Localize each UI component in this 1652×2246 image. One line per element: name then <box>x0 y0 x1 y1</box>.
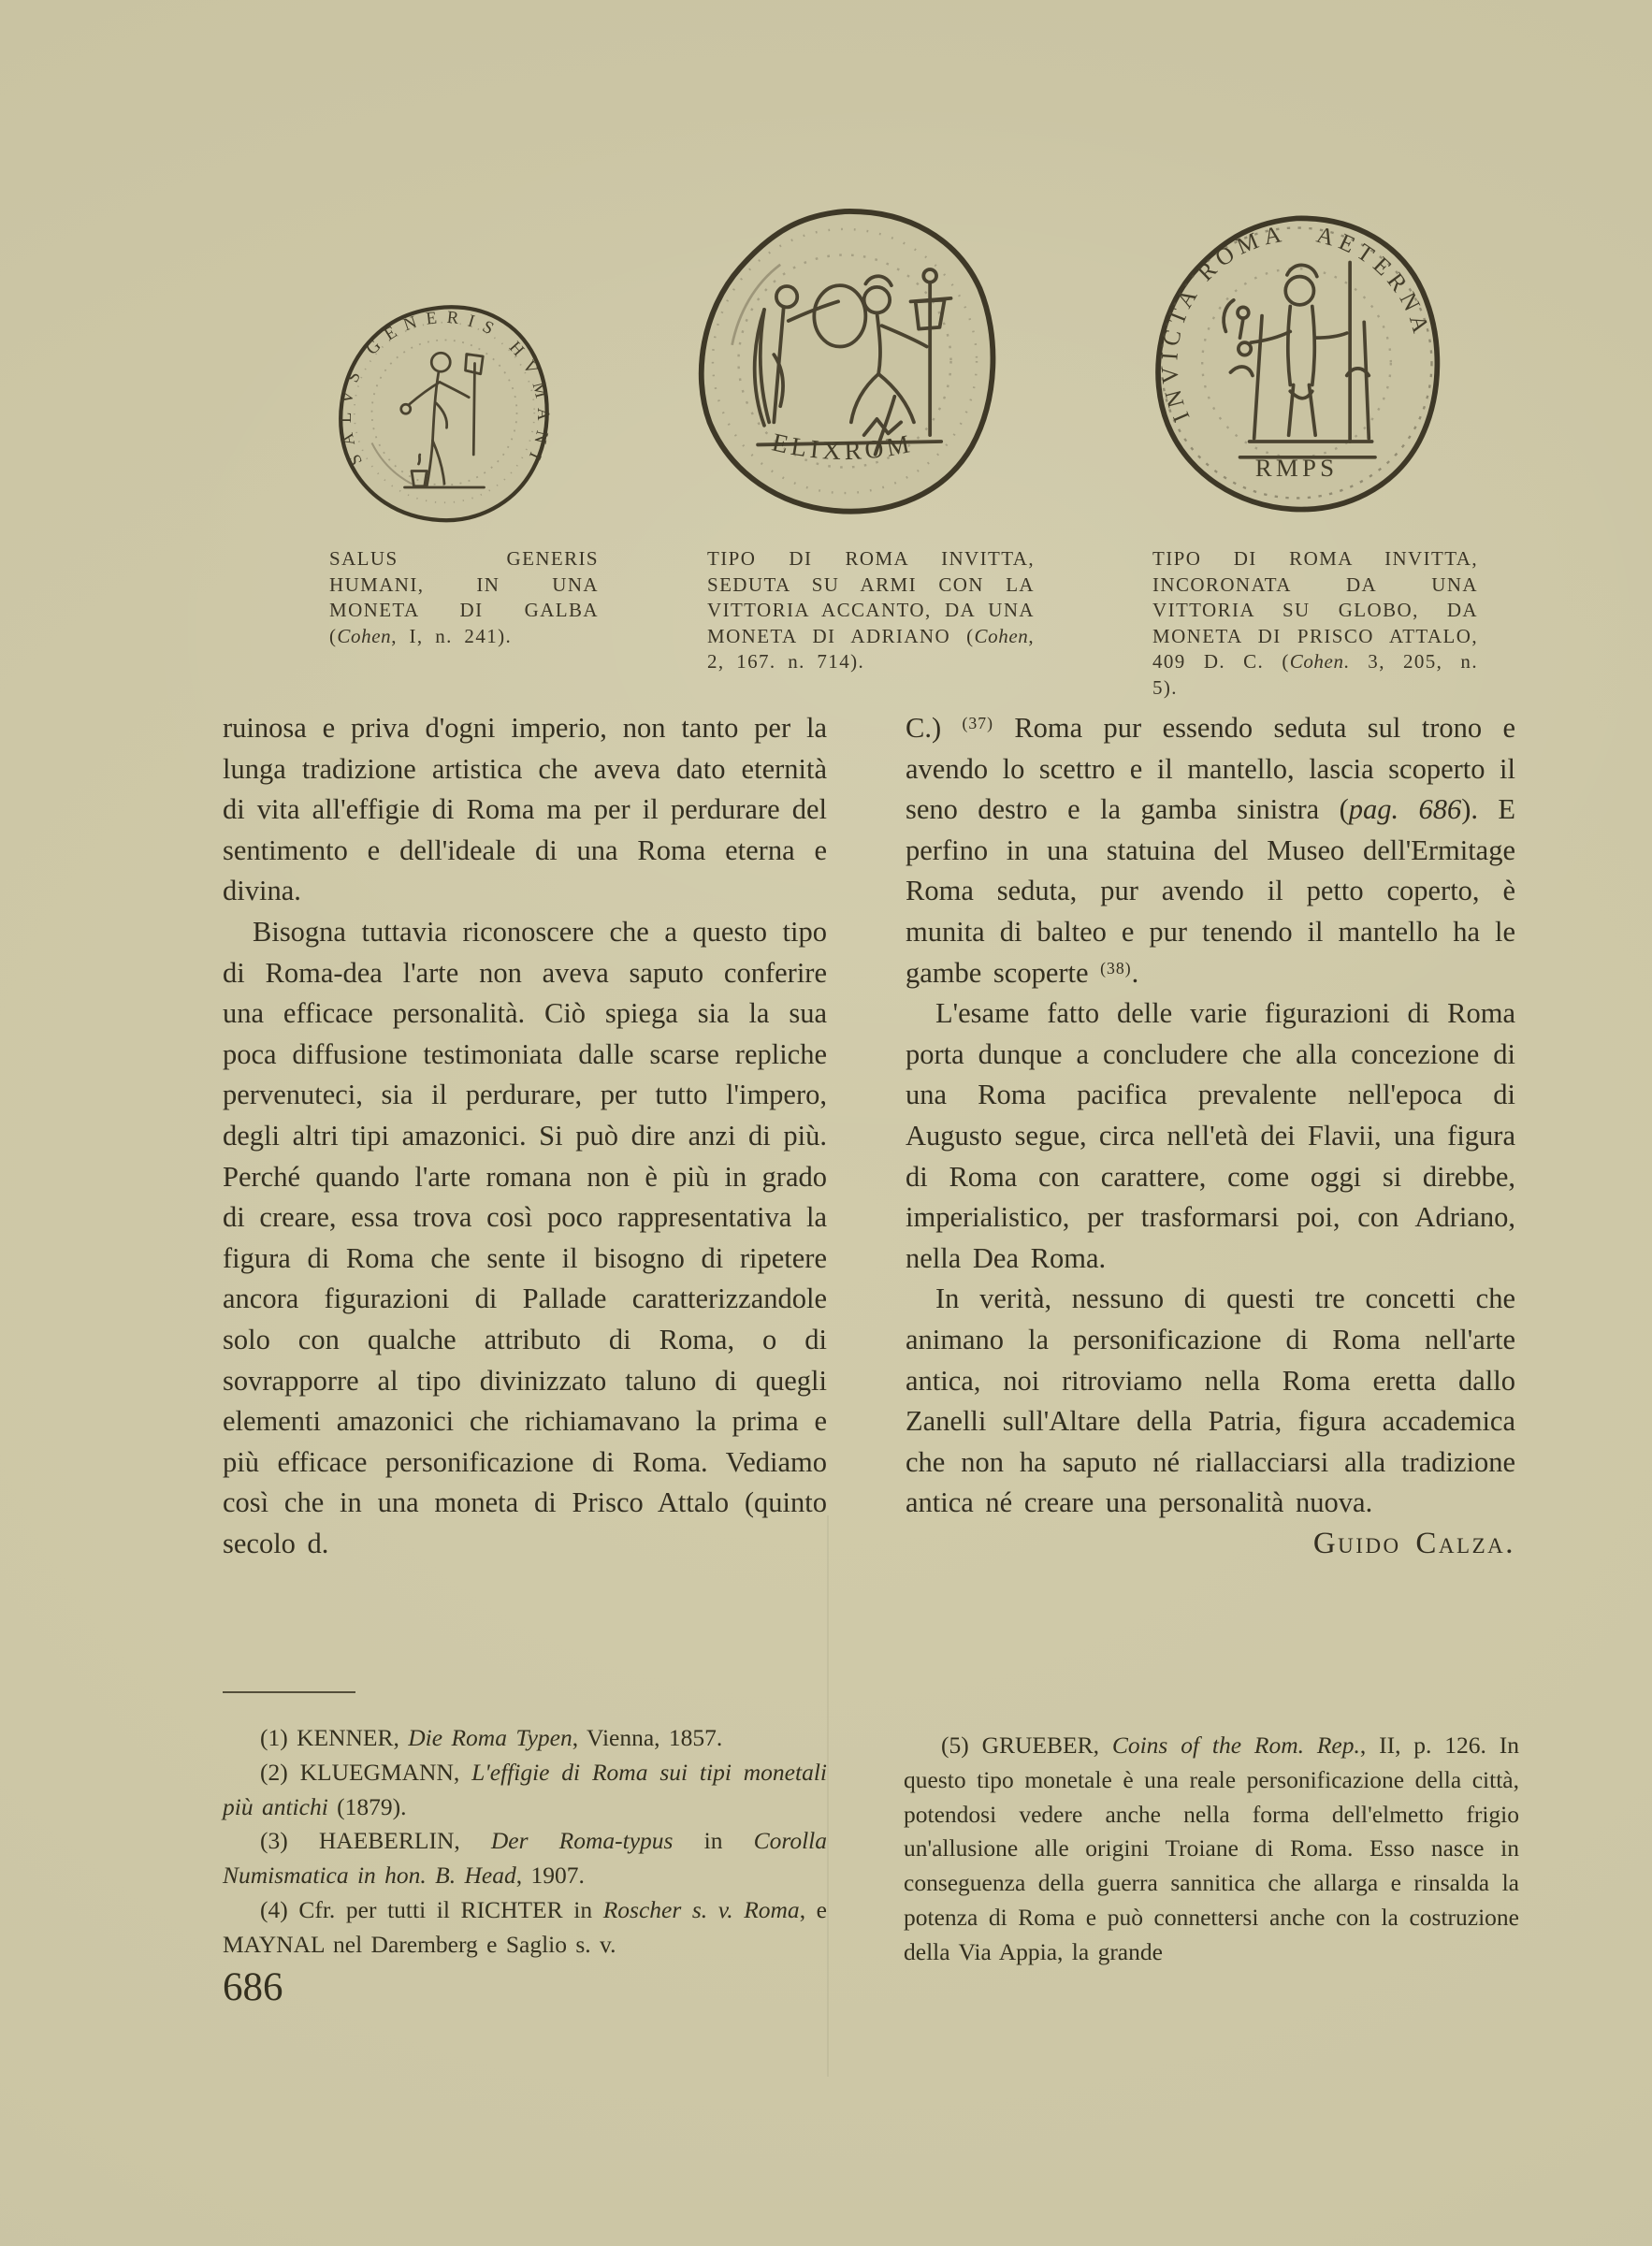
body-column-right: C.) (37) Roma pur essendo seduta sul tro… <box>906 708 1515 1564</box>
fn3-post: , 1907. <box>516 1862 585 1889</box>
fn5-pre: (5) GRUEBER, <box>941 1732 1112 1759</box>
journal-page: SALVS GENERIS HVMANI <box>0 0 1652 2246</box>
footnote-ref-37: (37) <box>963 714 993 732</box>
coin-engraving-attalo: INVICTA ROMA AETERNA RMPS <box>1139 206 1454 520</box>
page-reference-italic: pag. 686 <box>1349 793 1462 825</box>
figure-caption-3: TIPO DI ROMA INVITTA, INCORONATA DA UNA … <box>1152 546 1478 702</box>
footnotes-right: (5) GRUEBER, Coins of the Rom. Rep., II,… <box>904 1729 1519 1970</box>
caption-2-cohen-ref: Cohen <box>975 625 1029 647</box>
paragraph-continuation: ruinosa e priva d'ogni imperio, non tant… <box>223 708 827 912</box>
footnote-4: (4) Cfr. per tutti il RICHTER in Roscher… <box>223 1893 827 1963</box>
footnote-1: (1) KENNER, Die Roma Typen, Vienna, 1857… <box>223 1721 827 1756</box>
coin-attalo-exergue: RMPS <box>1255 454 1339 482</box>
paragraph-roma-trono: C.) (37) Roma pur essendo seduta sul tro… <box>906 708 1515 993</box>
caption-1-cohen-ref: Cohen <box>337 625 391 647</box>
footnote-separator-rule <box>223 1691 355 1693</box>
fn4-title: Roscher s. v. Roma <box>603 1896 800 1923</box>
fn5-title: Coins of the Rom. Rep. <box>1112 1732 1360 1759</box>
fn4-pre: (4) Cfr. per tutti il RICHTER in <box>260 1896 603 1923</box>
fn1-pre: (1) KENNER, <box>260 1724 408 1751</box>
coin-engraving-adriano: FELIXROMA <box>684 200 1006 522</box>
page-number: 686 <box>223 1964 283 2010</box>
coin-engraving-galba: SALVS GENERIS HVMANI <box>327 296 561 529</box>
footnote-2: (2) KLUEGMANN, L'effigie di Roma sui tip… <box>223 1756 827 1825</box>
fn3-mid: in <box>673 1827 753 1854</box>
body-column-left: ruinosa e priva d'ogni imperio, non tant… <box>223 708 827 1564</box>
author-signature: Guido Calza. <box>906 1524 1515 1565</box>
footnote-5: (5) GRUEBER, Coins of the Rom. Rep., II,… <box>904 1729 1519 1970</box>
footnotes-left: (1) KENNER, Die Roma Typen, Vienna, 1857… <box>223 1721 827 1963</box>
fn2-pre: (2) KLUEGMANN, <box>260 1759 471 1786</box>
fn3-title-a: Der Roma-typus <box>491 1827 674 1854</box>
paragraph-esame: L'esame fatto delle varie figurazioni di… <box>906 993 1515 1279</box>
fn2-post: (1879). <box>328 1793 407 1820</box>
fn1-post: , Vienna, 1857. <box>572 1724 723 1751</box>
figure-caption-1: SALUS GENERIS HUMANI, IN UNA MONETA DI G… <box>329 546 599 649</box>
paragraph-verita: In verità, nessuno di questi tre concett… <box>906 1279 1515 1524</box>
rc-seg1: C.) <box>906 712 963 744</box>
fn3-pre: (3) HAEBERLIN, <box>260 1827 491 1854</box>
page-crease <box>827 1515 829 2077</box>
caption-1-ref-tail: , I, n. 241). <box>391 625 512 647</box>
coin-adriano-svg: FELIXROMA <box>684 200 1006 522</box>
coin-galba-svg: SALVS GENERIS HVMANI <box>327 296 561 529</box>
fn5-post: , II, p. 126. In questo tipo monetale è … <box>904 1732 1519 1965</box>
caption-3-cohen-ref: Cohen <box>1290 650 1344 673</box>
coin-attalo-svg: INVICTA ROMA AETERNA RMPS <box>1139 206 1454 520</box>
footnote-3: (3) HAEBERLIN, Der Roma-typus in Corolla… <box>223 1824 827 1893</box>
paragraph-bisogna: Bisogna tuttavia riconoscere che a quest… <box>223 912 827 1565</box>
fn1-title: Die Roma Typen <box>408 1724 572 1751</box>
footnote-ref-38: (38) <box>1100 959 1131 978</box>
rc-seg4: . <box>1132 957 1139 989</box>
figure-caption-2: TIPO DI ROMA INVITTA, SEDUTA SU ARMI CON… <box>707 546 1035 675</box>
